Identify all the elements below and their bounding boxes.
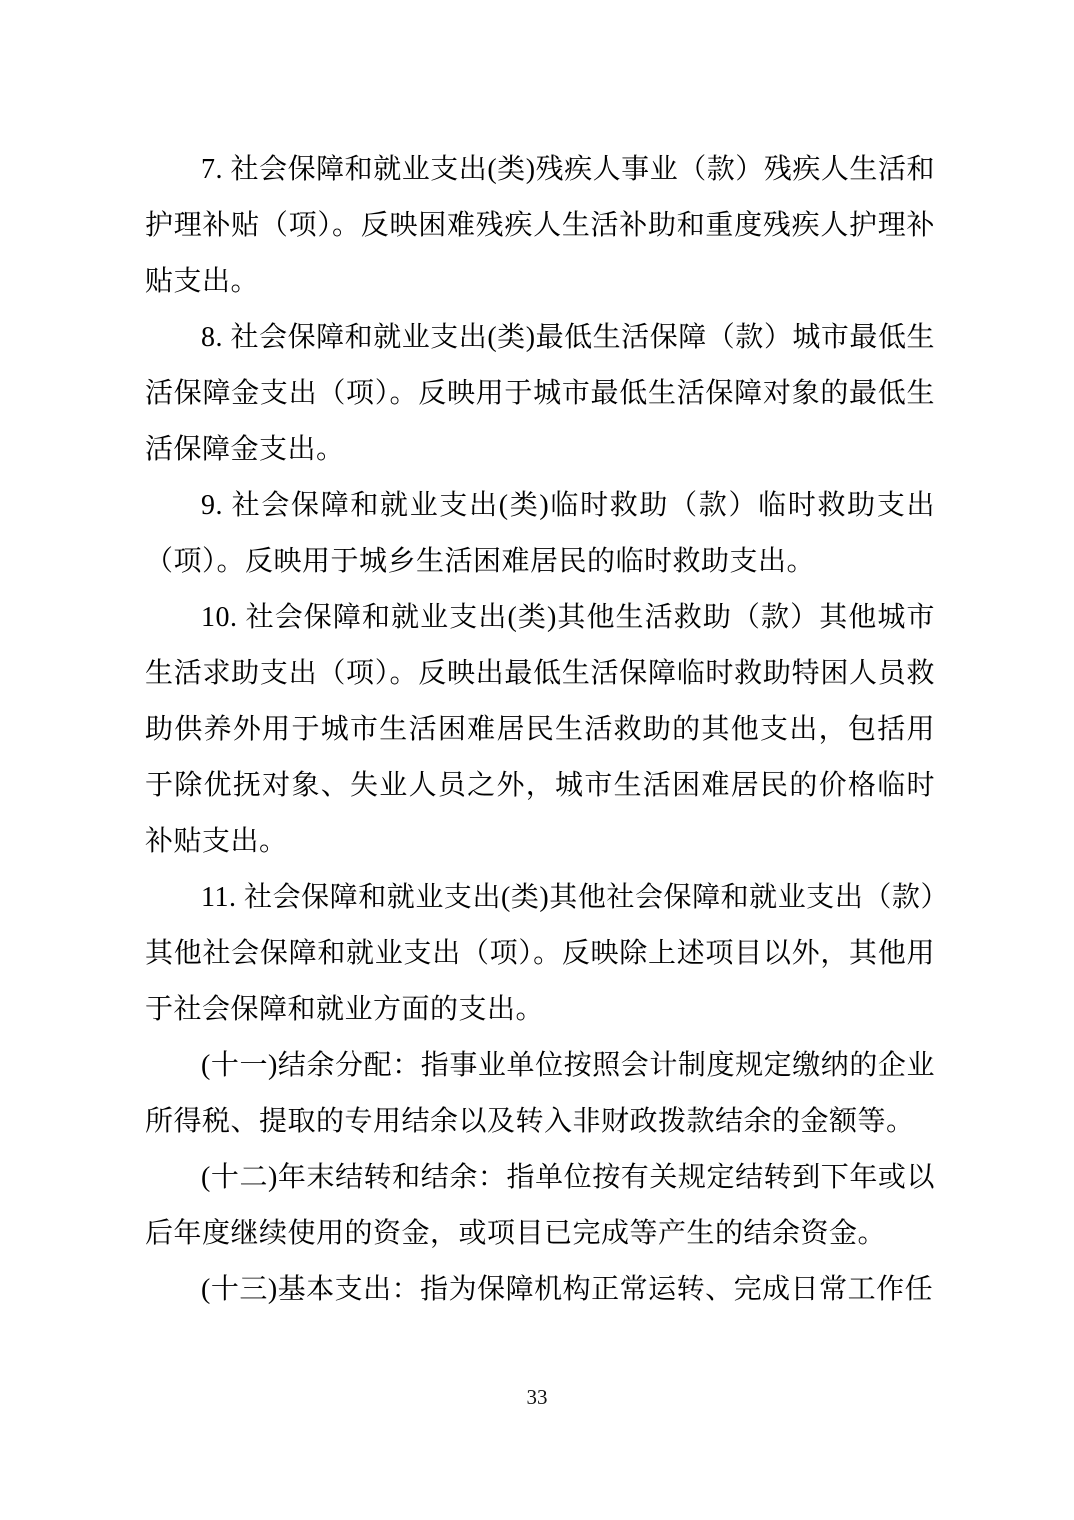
document-body: 7. 社会保障和就业支出(类)残疾人事业（款）残疾人生活和护理补贴（项）。反映困… [145, 142, 935, 1318]
body-paragraph: 11. 社会保障和就业支出(类)其他社会保障和就业支出（款）其他社会保障和就业支… [145, 870, 935, 1038]
body-paragraph: (十二)年末结转和结余：指单位按有关规定结转到下年或以后年度继续使用的资金，或项… [145, 1150, 935, 1262]
body-paragraph: 7. 社会保障和就业支出(类)残疾人事业（款）残疾人生活和护理补贴（项）。反映困… [145, 142, 935, 310]
body-paragraph: (十三)基本支出：指为保障机构正常运转、完成日常工作任 [145, 1262, 935, 1318]
body-paragraph: 8. 社会保障和就业支出(类)最低生活保障（款）城市最低生活保障金支出（项）。反… [145, 310, 935, 478]
body-paragraph: 9. 社会保障和就业支出(类)临时救助（款）临时救助支出（项）。反映用于城乡生活… [145, 478, 935, 590]
document-page: 7. 社会保障和就业支出(类)残疾人事业（款）残疾人生活和护理补贴（项）。反映困… [0, 0, 1074, 1520]
body-paragraph: (十一)结余分配：指事业单位按照会计制度规定缴纳的企业所得税、提取的专用结余以及… [145, 1038, 935, 1150]
body-paragraph: 10. 社会保障和就业支出(类)其他生活救助（款）其他城市生活求助支出（项）。反… [145, 590, 935, 870]
page-number: 33 [0, 1382, 1074, 1412]
